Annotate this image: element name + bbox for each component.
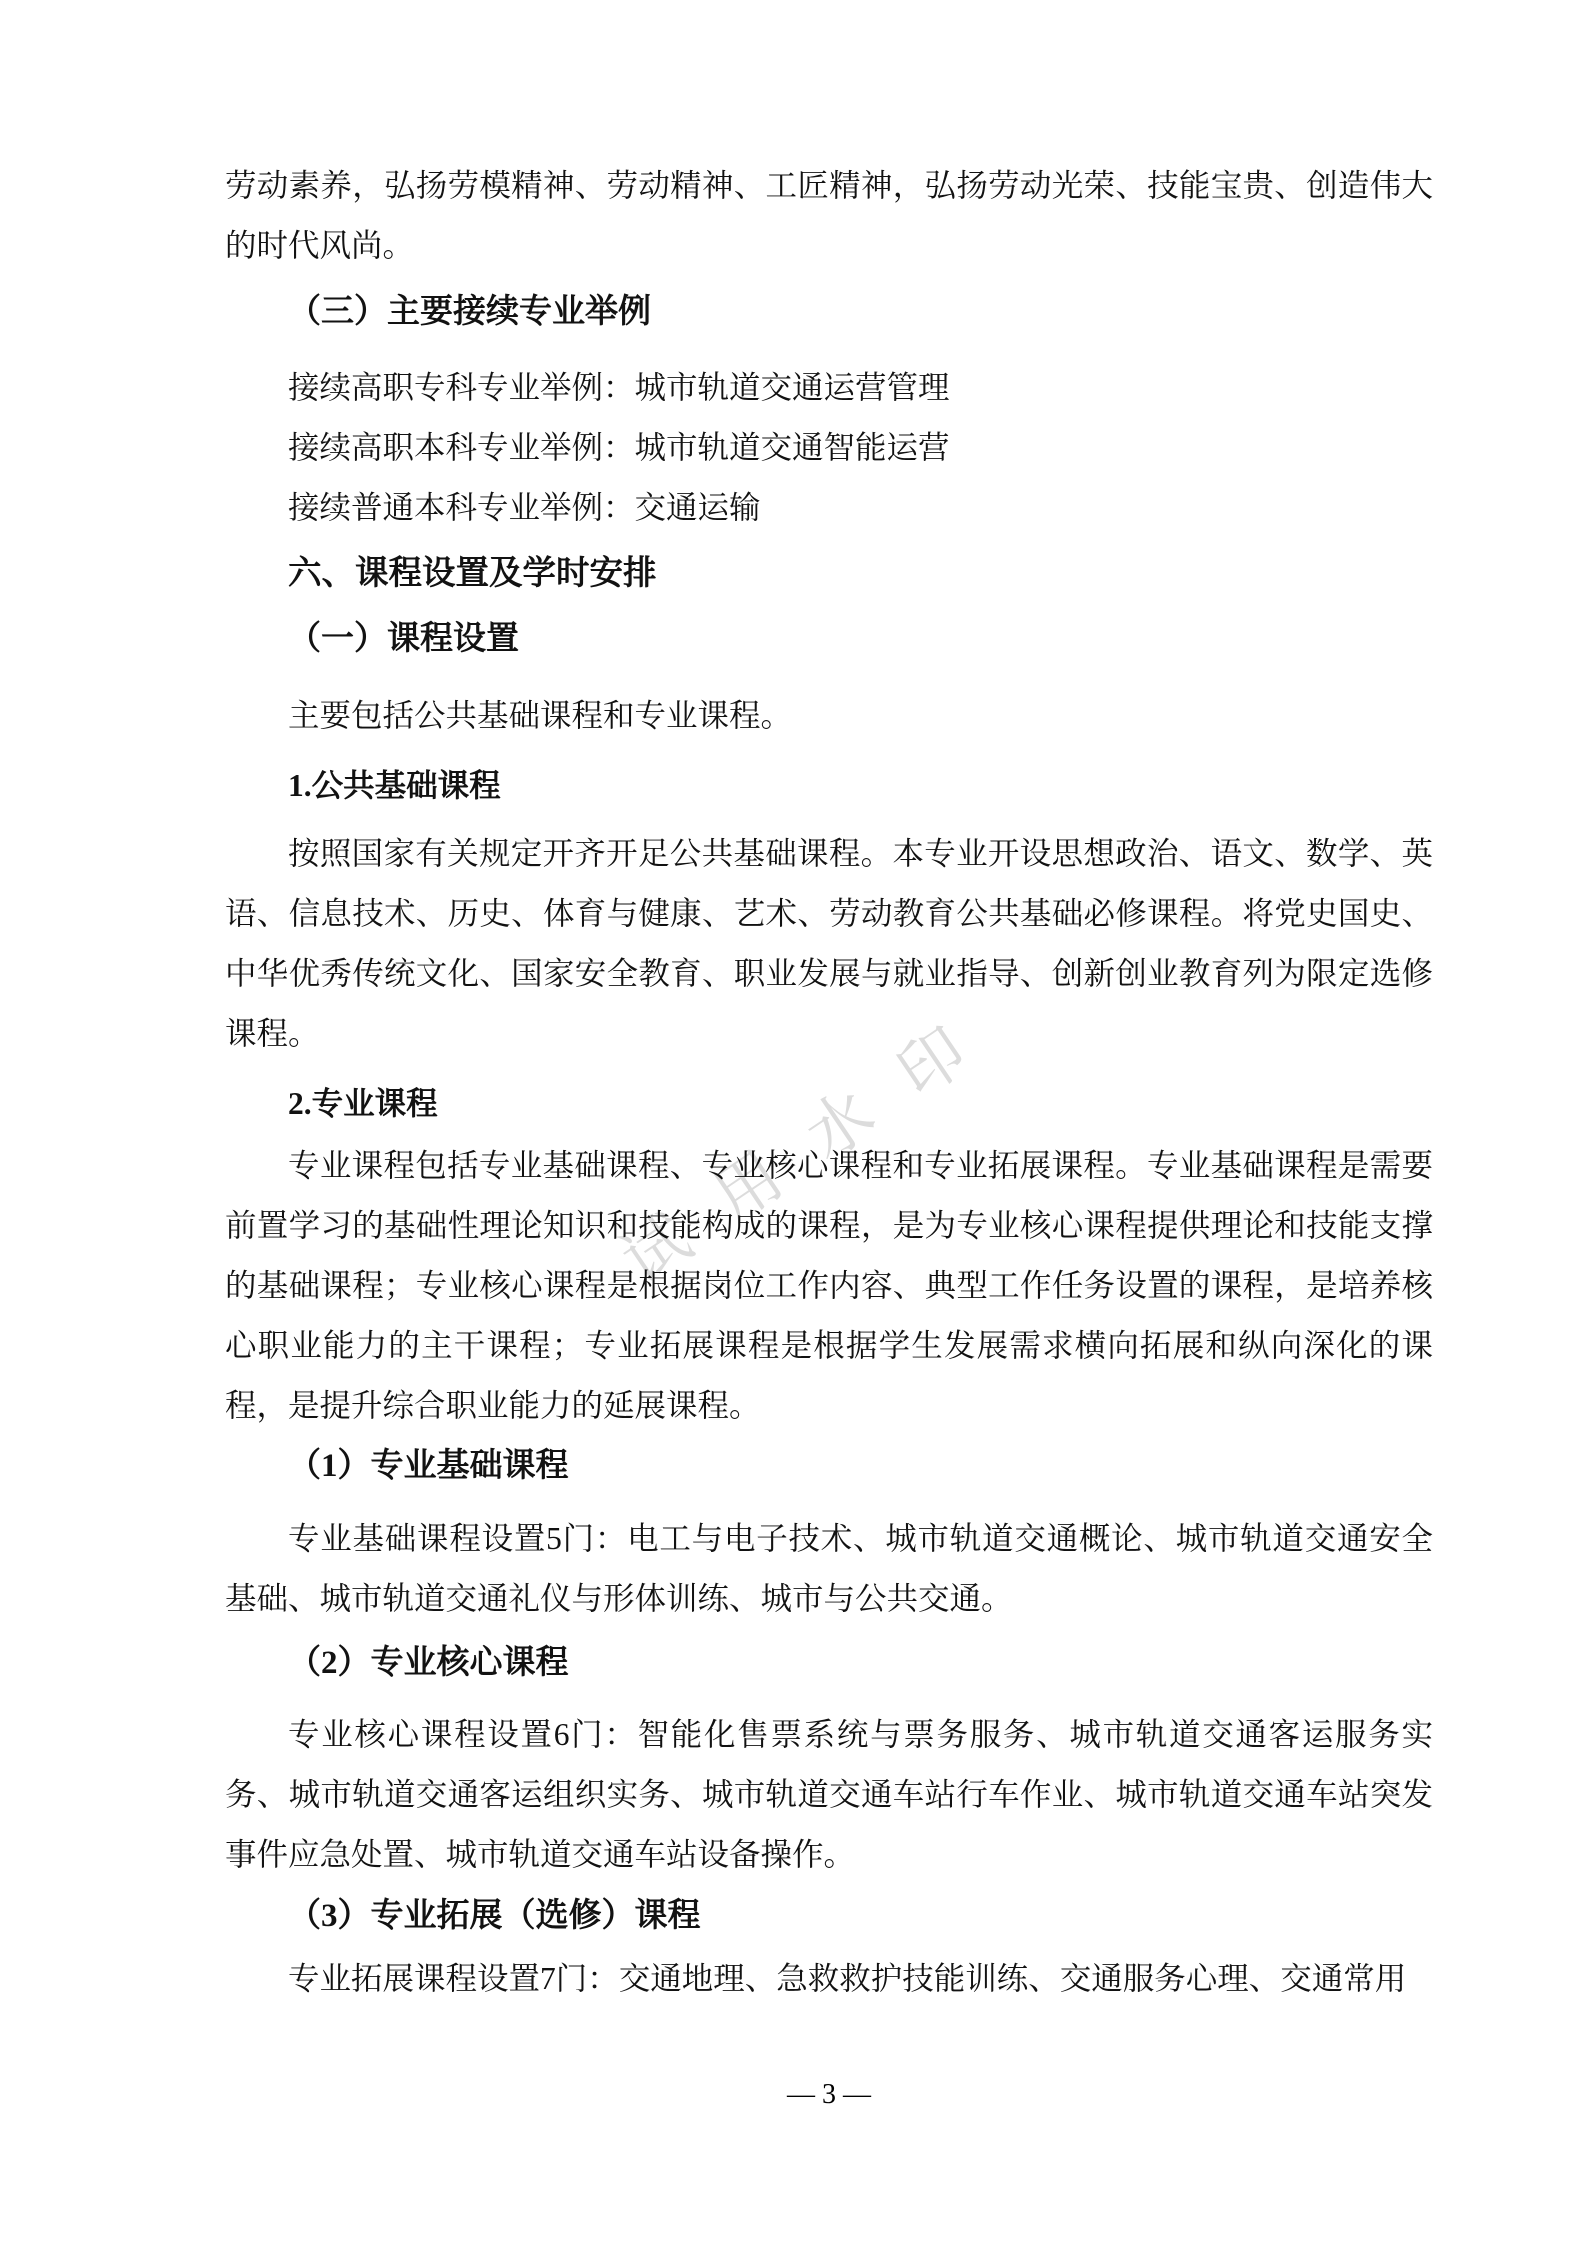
page-number: — 3 — xyxy=(225,2080,1433,2110)
paragraph-course-overview: 主要包括公共基础课程和专业课程。 xyxy=(225,686,1433,746)
heading-section-1-course-setup: （一）课程设置 xyxy=(225,609,1433,669)
paragraph-professional-elective-courses: 专业拓展课程设置7门：交通地理、急救救护技能训练、交通服务心理、交通常用 xyxy=(225,1949,1433,2009)
line-college-bachelor-example: 接续高职本科专业举例：城市轨道交通智能运营 xyxy=(225,418,1433,478)
heading-chapter-6-curriculum: 六、课程设置及学时安排 xyxy=(225,544,1433,604)
document-content: 劳动素养，弘扬劳模精神、劳动精神、工匠精神，弘扬劳动光荣、技能宝贵、创造伟大的时… xyxy=(0,0,1587,2110)
paragraph-public-basic-courses: 按照国家有关规定开齐开足公共基础课程。本专业开设思想政治、语文、数学、英语、信息… xyxy=(225,824,1433,1064)
heading-section-3-examples: （三）主要接续专业举例 xyxy=(225,282,1433,342)
heading-professional-basic-courses: （1）专业基础课程 xyxy=(225,1436,1433,1496)
paragraph-professional-basic-courses: 专业基础课程设置5门：电工与电子技术、城市轨道交通概论、城市轨道交通安全基础、城… xyxy=(225,1509,1433,1629)
line-regular-bachelor-example: 接续普通本科专业举例：交通运输 xyxy=(225,478,1433,538)
heading-professional-elective-courses: （3）专业拓展（选修）课程 xyxy=(225,1886,1433,1946)
heading-professional-core-courses: （2）专业核心课程 xyxy=(225,1633,1433,1693)
paragraph-professional-courses: 专业课程包括专业基础课程、专业核心课程和专业拓展课程。专业基础课程是需要前置学习… xyxy=(225,1136,1433,1436)
heading-public-basic-courses: 1.公共基础课程 xyxy=(225,756,1433,816)
heading-professional-courses: 2.专业课程 xyxy=(225,1074,1433,1134)
paragraph-professional-core-courses: 专业核心课程设置6门：智能化售票系统与票务服务、城市轨道交通客运服务实务、城市轨… xyxy=(225,1705,1433,1885)
line-college-diploma-example: 接续高职专科专业举例：城市轨道交通运营管理 xyxy=(225,358,1433,418)
document-page: 试用水印 劳动素养，弘扬劳模精神、劳动精神、工匠精神，弘扬劳动光荣、技能宝贵、创… xyxy=(0,0,1587,2245)
paragraph-continuation: 劳动素养，弘扬劳模精神、劳动精神、工匠精神，弘扬劳动光荣、技能宝贵、创造伟大的时… xyxy=(225,156,1433,276)
